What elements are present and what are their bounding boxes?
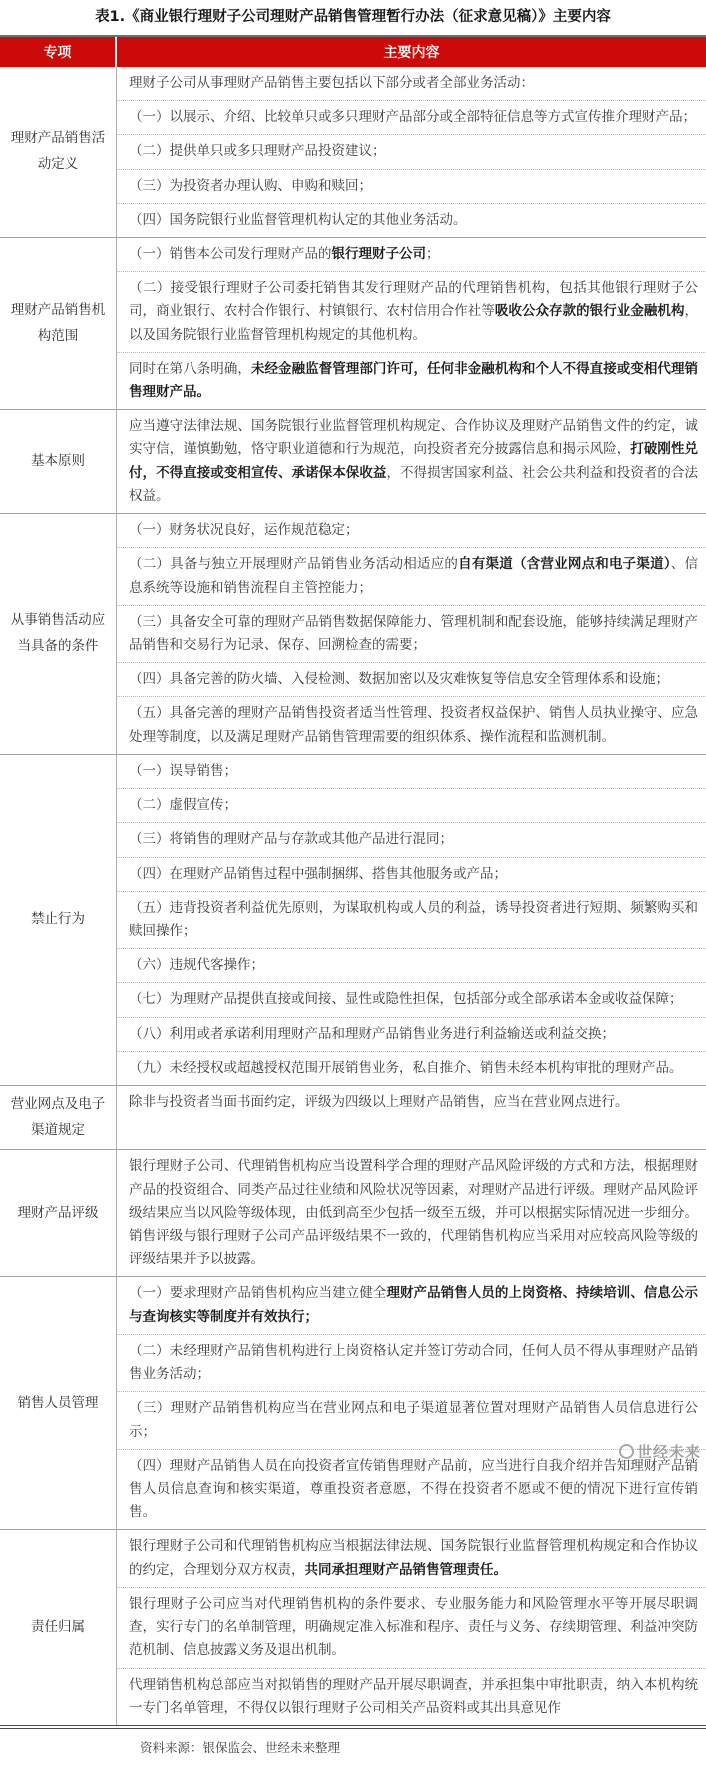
content-row: （四）在理财产品销售过程中强制捆绑、搭售其他服务或产品；: [117, 858, 706, 892]
section-content: （一）误导销售；（二）虚假宣传；（三）将销售的理财产品与存款或其他产品进行混同；…: [117, 755, 706, 1085]
table-body: 理财产品销售活动定义理财子公司从事理财产品销售主要包括以下部分或者全部业务活动：…: [0, 67, 706, 1725]
content-text: 除非与投资者当面书面约定，评级为四级以上理财产品销售，应当在营业网点进行。: [129, 1094, 629, 1110]
content-row: （三）将销售的理财产品与存款或其他产品进行混同；: [117, 823, 706, 857]
content-row: （七）为理财产品提供直接或间接、显性或隐性担保，包括部分或全部承诺本金或收益保障…: [117, 983, 706, 1017]
content-row: （一）销售本公司发行理财产品的银行理财子公司；: [117, 238, 706, 272]
content-text: 银行理财子公司、代理销售机构应当设置科学合理的理财产品风险评级的方式和方法，根据…: [129, 1158, 698, 1267]
content-text: （七）为理财产品提供直接或间接、显性或隐性担保，包括部分或全部承诺本金或收益保障…: [129, 991, 683, 1007]
table-section-6: 营业网点及电子渠道规定除非与投资者当面书面约定，评级为四级以上理财产品销售，应当…: [0, 1086, 706, 1150]
content-text: 银行理财子公司应当对代理销售机构的条件要求、专业服务能力和风险管理水平等开展尽职…: [129, 1596, 698, 1658]
content-row: 应当遵守法律法规、国务院银行业监督管理机构规定、合作协议及理财产品销售文件的约定…: [117, 410, 706, 513]
document-page: 表1.《商业银行理财子公司理财产品销售管理暂行办法（征求意见稿）》主要内容 专项…: [0, 0, 706, 1766]
section-label: 基本原则: [0, 410, 117, 513]
table-section-8: 销售人员管理（一）要求理财产品销售机构应当建立健全理财产品销售人员的上岗资格、持…: [0, 1277, 706, 1530]
content-text-bold: 共同承担理财产品销售管理责任。: [305, 1562, 508, 1578]
section-label: 禁止行为: [0, 755, 117, 1085]
content-row: 银行理财子公司和代理销售机构应当根据法律法规、国务院银行业监督管理机构规定和合作…: [117, 1530, 706, 1587]
content-text: （三）将销售的理财产品与存款或其他产品进行混同；: [129, 831, 453, 847]
content-text: （一）要求理财产品销售机构应当建立健全: [129, 1285, 386, 1301]
content-text-bold: 吸收公众存款的银行业金融机构: [495, 303, 685, 319]
content-text: （四）在理财产品销售过程中强制捆绑、搭售其他服务或产品；: [129, 866, 507, 882]
source-note: 资料来源：银保监会、世经未来整理: [140, 1738, 706, 1766]
content-text: （三）具备安全可靠的理财产品销售数据保障能力、管理机制和配套设施，能够持续满足理…: [129, 614, 698, 653]
content-text: （二）提供单只或多只理财产品投资建议；: [129, 143, 386, 159]
content-text: （一）误导销售；: [129, 763, 237, 779]
content-row: （二）提供单只或多只理财产品投资建议；: [117, 135, 706, 169]
header-cell-content: 主要内容: [117, 37, 706, 67]
content-text: （一）销售本公司发行理财产品的: [129, 246, 332, 262]
content-row: 同时在第八条明确，未经金融监督管理部门许可，任何非金融机构和个人不得直接或变相代…: [117, 353, 706, 409]
content-text: （三）为投资者办理认购、申购和赎回；: [129, 178, 372, 194]
content-row: （四）具备完善的防火墙、入侵检测、数据加密以及灾难恢复等信息安全管理体系和设施；: [117, 663, 706, 697]
section-content: （一）财务状况良好，运作规范稳定；（二）具备与独立开展理财产品销售业务活动相适应…: [117, 514, 706, 754]
content-row: （二）具备与独立开展理财产品销售业务活动相适应的自有渠道（含营业网点和电子渠道）…: [117, 548, 706, 605]
content-table: 专项 主要内容 理财产品销售活动定义理财子公司从事理财产品销售主要包括以下部分或…: [0, 35, 706, 1729]
content-text: （一）以展示、介绍、比较单只或多只理财产品部分或全部特征信息等方式宣传推介理财产…: [129, 109, 696, 125]
content-row: （九）未经授权或超越授权范围开展销售业务，私自推介、销售未经本机构审批的理财产品…: [117, 1052, 706, 1085]
content-text: ；: [426, 246, 440, 262]
page-title: 表1.《商业银行理财子公司理财产品销售管理暂行办法（征求意见稿）》主要内容: [0, 4, 706, 35]
content-text: （三）理财产品销售机构应当在营业网点和电子渠道显著位置对理财产品销售人员信息进行…: [129, 1400, 698, 1439]
content-text: （二）未经理财产品销售机构进行上岗资格认定并签订劳动合同，任何人员不得从事理财产…: [129, 1343, 698, 1382]
table-section-4: 从事销售活动应当具备的条件（一）财务状况良好，运作规范稳定；（二）具备与独立开展…: [0, 514, 706, 755]
header-cell-category: 专项: [0, 37, 117, 67]
content-text: 同时在第八条明确，: [129, 361, 251, 377]
content-text-bold: 自有渠道（含营业网点和电子渠道）: [458, 556, 671, 572]
content-text: （八）利用或者承诺利用理财产品和理财产品销售业务进行利益输送或利益交换；: [129, 1026, 615, 1042]
content-text: （二）虚假宣传；: [129, 797, 237, 813]
content-row: 理财子公司从事理财产品销售主要包括以下部分或者全部业务活动：: [117, 67, 706, 101]
content-row: （一）要求理财产品销售机构应当建立健全理财产品销售人员的上岗资格、持续培训、信息…: [117, 1277, 706, 1334]
content-row: （四）理财产品销售人员在向投资者宣传销售理财产品前，应当进行自我介绍并告知理财产…: [117, 1450, 706, 1530]
content-row: 代理销售机构总部应当对拟销售的理财产品开展尽职调查，并承担集中审批职责，纳入本机…: [117, 1669, 706, 1725]
content-text: （四）理财产品销售人员在向投资者宣传销售理财产品前，应当进行自我介绍并告知理财产…: [129, 1458, 698, 1520]
content-row: （一）误导销售；: [117, 755, 706, 789]
content-text: （四）国务院银行业监督管理机构认定的其他业务活动。: [129, 212, 467, 228]
table-section-5: 禁止行为（一）误导销售；（二）虚假宣传；（三）将销售的理财产品与存款或其他产品进…: [0, 755, 706, 1086]
content-row: （三）具备安全可靠的理财产品销售数据保障能力、管理机制和配套设施，能够持续满足理…: [117, 606, 706, 663]
content-text: （五）违背投资者利益优先原则，为谋取机构或人员的利益，诱导投资者进行短期、频繁购…: [129, 900, 698, 939]
table-section-7: 理财产品评级银行理财子公司、代理销售机构应当设置科学合理的理财产品风险评级的方式…: [0, 1150, 706, 1277]
section-content: 银行理财子公司和代理销售机构应当根据法律法规、国务院银行业监督管理机构规定和合作…: [117, 1530, 706, 1725]
section-content: 应当遵守法律法规、国务院银行业监督管理机构规定、合作协议及理财产品销售文件的约定…: [117, 410, 706, 513]
content-row: （二）接受银行理财子公司委托销售其发行理财产品的代理销售机构，包括其他银行理财子…: [117, 272, 706, 353]
content-row: （一）财务状况良好，运作规范稳定；: [117, 514, 706, 548]
content-text: 代理销售机构总部应当对拟销售的理财产品开展尽职调查，并承担集中审批职责，纳入本机…: [129, 1677, 698, 1716]
content-text: （五）具备完善的理财产品销售投资者适当性管理、投资者权益保护、销售人员执业操守、…: [129, 705, 698, 744]
content-row: （六）违规代客操作；: [117, 949, 706, 983]
content-text-bold: 银行理财子公司: [332, 246, 427, 262]
content-row: （四）国务院银行业监督管理机构认定的其他业务活动。: [117, 204, 706, 237]
content-text: 应当遵守法律法规、国务院银行业监督管理机构规定、合作协议及理财产品销售文件的约定…: [129, 418, 698, 457]
section-label: 销售人员管理: [0, 1277, 117, 1529]
section-label: 理财产品销售活动定义: [0, 67, 117, 237]
section-label: 营业网点及电子渠道规定: [0, 1086, 117, 1149]
content-row: （五）违背投资者利益优先原则，为谋取机构或人员的利益，诱导投资者进行短期、频繁购…: [117, 892, 706, 949]
content-row: （三）理财产品销售机构应当在营业网点和电子渠道显著位置对理财产品销售人员信息进行…: [117, 1392, 706, 1449]
content-row: （三）为投资者办理认购、申购和赎回；: [117, 170, 706, 204]
section-content: （一）销售本公司发行理财产品的银行理财子公司；（二）接受银行理财子公司委托销售其…: [117, 238, 706, 409]
table-section-2: 理财产品销售机构范围（一）销售本公司发行理财产品的银行理财子公司；（二）接受银行…: [0, 238, 706, 410]
content-row: 银行理财子公司、代理销售机构应当设置科学合理的理财产品风险评级的方式和方法，根据…: [117, 1150, 706, 1276]
content-text: （一）财务状况良好，运作规范稳定；: [129, 522, 359, 538]
content-row: （八）利用或者承诺利用理财产品和理财产品销售业务进行利益输送或利益交换；: [117, 1018, 706, 1052]
section-content: 理财子公司从事理财产品销售主要包括以下部分或者全部业务活动：（一）以展示、介绍、…: [117, 67, 706, 237]
section-content: 银行理财子公司、代理销售机构应当设置科学合理的理财产品风险评级的方式和方法，根据…: [117, 1150, 706, 1276]
content-row: （五）具备完善的理财产品销售投资者适当性管理、投资者权益保护、销售人员执业操守、…: [117, 697, 706, 753]
section-label: 理财产品评级: [0, 1150, 117, 1276]
table-section-3: 基本原则应当遵守法律法规、国务院银行业监督管理机构规定、合作协议及理财产品销售文…: [0, 410, 706, 514]
content-row: （二）虚假宣传；: [117, 789, 706, 823]
section-label: 从事销售活动应当具备的条件: [0, 514, 117, 754]
section-label: 责任归属: [0, 1530, 117, 1725]
content-row: 银行理财子公司应当对代理销售机构的条件要求、专业服务能力和风险管理水平等开展尽职…: [117, 1588, 706, 1669]
content-text: （九）未经授权或超越授权范围开展销售业务，私自推介、销售未经本机构审批的理财产品…: [129, 1060, 683, 1076]
content-text: （二）具备与独立开展理财产品销售业务活动相适应的: [129, 556, 458, 572]
table-section-9: 责任归属银行理财子公司和代理销售机构应当根据法律法规、国务院银行业监督管理机构规…: [0, 1530, 706, 1725]
content-row: （二）未经理财产品销售机构进行上岗资格认定并签订劳动合同，任何人员不得从事理财产…: [117, 1335, 706, 1392]
table-header: 专项 主要内容: [0, 37, 706, 67]
content-text: （四）具备完善的防火墙、入侵检测、数据加密以及灾难恢复等信息安全管理体系和设施；: [129, 671, 669, 687]
section-label: 理财产品销售机构范围: [0, 238, 117, 409]
content-text: 理财子公司从事理财产品销售主要包括以下部分或者全部业务活动：: [129, 75, 534, 91]
table-section-1: 理财产品销售活动定义理财子公司从事理财产品销售主要包括以下部分或者全部业务活动：…: [0, 67, 706, 238]
content-text: （六）违规代客操作；: [129, 957, 264, 973]
content-row: （一）以展示、介绍、比较单只或多只理财产品部分或全部特征信息等方式宣传推介理财产…: [117, 101, 706, 135]
section-content: 除非与投资者当面书面约定，评级为四级以上理财产品销售，应当在营业网点进行。: [117, 1086, 706, 1149]
section-content: （一）要求理财产品销售机构应当建立健全理财产品销售人员的上岗资格、持续培训、信息…: [117, 1277, 706, 1529]
content-row: 除非与投资者当面书面约定，评级为四级以上理财产品销售，应当在营业网点进行。: [117, 1086, 706, 1119]
